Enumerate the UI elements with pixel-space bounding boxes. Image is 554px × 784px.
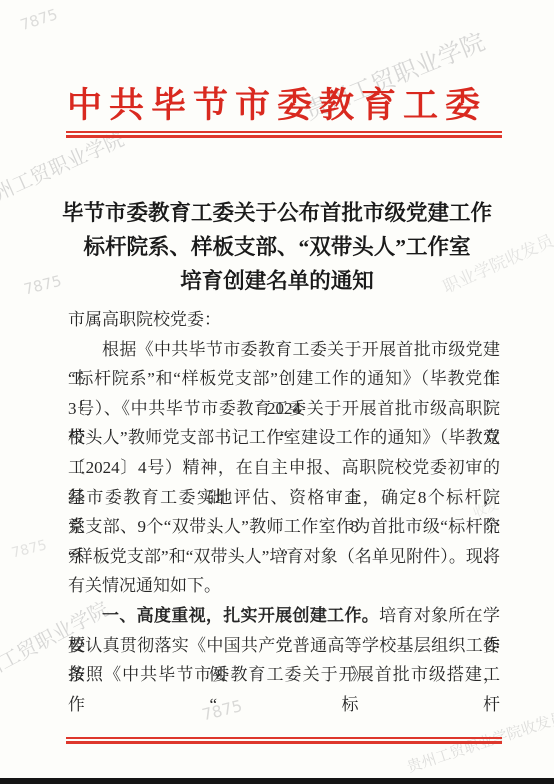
watermark-text: 7875 [18, 5, 60, 34]
body-line: 经市委教育工委实地评估、资格审查，确定8个标杆院系、8个 [68, 483, 500, 513]
body-line: 根据《中共毕节市委教育工委关于开展首批市级党建工作 [68, 335, 500, 365]
scan-edge [0, 778, 554, 784]
document-title-line: 毕节市委教育工委关于公布首批市级党建工作 [30, 196, 524, 230]
body-line-text: 有关情况通知如下。 [68, 576, 221, 595]
body-line-text: 按照《中共毕节市委教育工委关于开展首批市级搭建工作“标杆 [68, 665, 500, 714]
body-line-text: 市属高职院校党委： [68, 310, 221, 329]
document-body: 市属高职院校党委：根据《中共毕节市委教育工委关于开展首批市级党建工作“标杆院系”… [68, 305, 500, 690]
body-line-bold-heading: 一、高度重视，扎实开展创建工作。 [102, 606, 379, 625]
footer-divider-rule [66, 737, 502, 744]
watermark-text: 7875 [10, 537, 48, 561]
body-line: “样板党支部”和“双带头人”培育对象（名单见附件）。现将 [68, 542, 500, 572]
body-line: “标杆院系”和“样板党支部”创建工作的通知》（毕教党工〔2024〕 [68, 364, 500, 394]
body-line: 〔2024〕4号）精神，在自主申报、高职院校党委初审的基础上， [68, 453, 500, 483]
body-line: 3号）、《中共毕节市委教育工委关于开展首批市级高职院校“双 [68, 394, 500, 424]
document-title-line: 标杆院系、样板支部、“双带头人”工作室 [30, 230, 524, 264]
body-line: 按照《中共毕节市委教育工委关于开展首批市级搭建工作“标杆 [68, 660, 500, 690]
body-line: 有关情况通知如下。 [68, 571, 500, 601]
letterhead-divider-rule [66, 131, 502, 138]
body-line: 市属高职院校党委： [68, 305, 500, 335]
body-line: 要认真贯彻落实《中国共产党普通高等学校基层组织工作条例》， [68, 631, 500, 661]
body-line: 带头人”教师党支部书记工作室建设工作的通知》（毕教党工 [68, 423, 500, 453]
letterhead-org-name: 中共毕节市委教育工委 [0, 84, 554, 128]
body-line-text: “样板党支部”和“双带头人”培育对象（名单见附件）。现将 [68, 547, 500, 566]
document-title-line: 培育创建名单的通知 [30, 264, 524, 298]
document-page: 7875贵州工贸职业学院贵州工贸职业学院7875职业学院收发员7875贵州工贸职… [0, 0, 554, 778]
body-line: 一、高度重视，扎实开展创建工作。培育对象所在学校党委 [68, 601, 500, 631]
document-title: 毕节市委教育工委关于公布首批市级党建工作 标杆院系、样板支部、“双带头人”工作室… [30, 196, 524, 298]
body-line: 党支部、9个“双带头人”教师工作室作为首批市级“标杆院系”、 [68, 512, 500, 542]
